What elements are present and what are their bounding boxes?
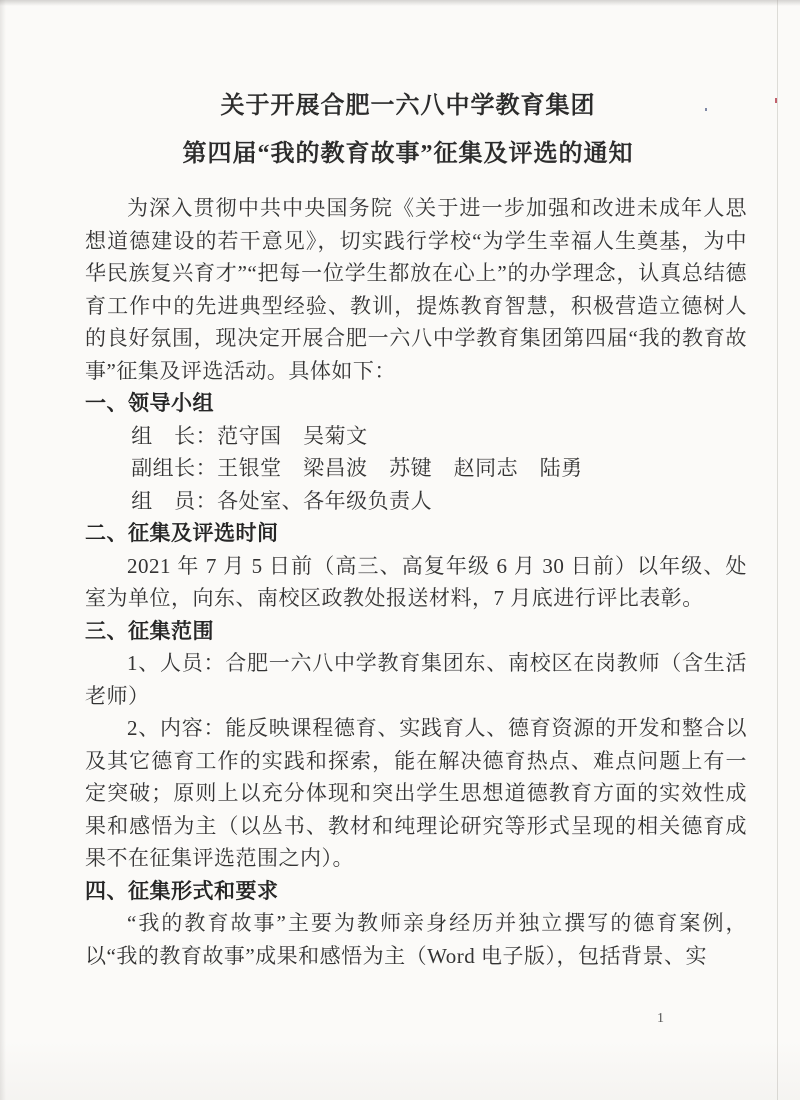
scope-content-paragraph: 2、内容：能反映课程德育、实践育人、德育资源的开发和整合以及其它德育工作的实践和… xyxy=(85,712,747,875)
page-number: 1 xyxy=(657,1010,664,1028)
leader-group-line: 副组长：王银堂 梁昌波 苏键 赵同志 陆勇 xyxy=(85,452,747,485)
document-body: 为深入贯彻中共中央国务院《关于进一步加强和改进未成年人思想道德建设的若干意见》，… xyxy=(85,192,747,972)
scan-speck-red xyxy=(775,98,777,103)
scan-crease-line xyxy=(777,0,778,1100)
intro-paragraph: 为深入贯彻中共中央国务院《关于进一步加强和改进未成年人思想道德建设的若干意见》，… xyxy=(85,192,747,387)
scope-personnel-paragraph: 1、人员：合肥一六八中学教育集团东、南校区在岗教师（含生活老师） xyxy=(85,647,747,712)
title-line-1: 关于开展合肥一六八中学教育集团 xyxy=(78,82,738,130)
section-heading-time: 二、征集及评选时间 xyxy=(85,517,747,550)
scanned-notice-page: 关于开展合肥一六八中学教育集团 第四届“我的教育故事”征集及评选的通知 为深入贯… xyxy=(0,0,800,1100)
section-heading-format: 四、征集形式和要求 xyxy=(85,875,747,908)
section-heading-leading-group: 一、领导小组 xyxy=(85,387,747,420)
title-line-2: 第四届“我的教育故事”征集及评选的通知 xyxy=(78,130,738,178)
scan-speck-blue xyxy=(705,108,707,111)
section-heading-scope: 三、征集范围 xyxy=(85,615,747,648)
leader-group-line: 组 员：各处室、各年级负责人 xyxy=(85,485,747,518)
document-title: 关于开展合肥一六八中学教育集团 第四届“我的教育故事”征集及评选的通知 xyxy=(78,0,738,178)
time-paragraph: 2021 年 7 月 5 日前（高三、高复年级 6 月 30 日前）以年级、处室… xyxy=(85,550,747,615)
format-paragraph: “我的教育故事”主要为教师亲身经历并独立撰写的德育案例，以“我的教育故事”成果和… xyxy=(85,907,747,972)
leader-group-line: 组 长：范守国 吴菊文 xyxy=(85,420,747,453)
